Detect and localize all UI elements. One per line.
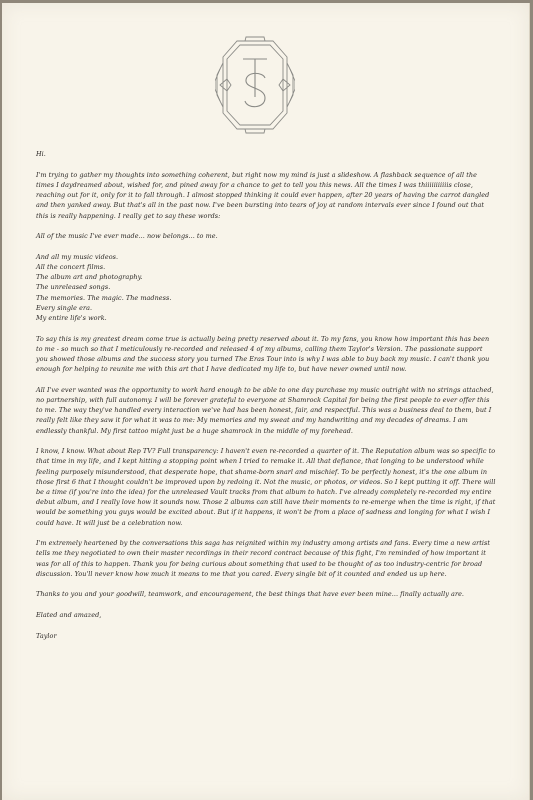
list-line: And all my music videos. [36, 252, 496, 262]
list-line: The memories. The magic. The madness. [36, 293, 496, 303]
letter-closing: Elated and amazed, [36, 610, 496, 620]
list-line: The unreleased songs. [36, 282, 496, 292]
letter-body: Hi. I'm trying to gather my thoughts int… [36, 149, 496, 651]
letter-paragraph: To say this is my greatest dream come tr… [36, 334, 496, 375]
list-line: All the concert films. [36, 262, 496, 272]
letter-paper: Hi. I'm trying to gather my thoughts int… [2, 3, 530, 800]
letter-signature: Taylor [36, 631, 496, 641]
letter-paragraph: I'm trying to gather my thoughts into so… [36, 170, 496, 221]
list-line: My entire life's work. [36, 313, 496, 323]
letter-paragraph: All of the music I've ever made... now b… [36, 231, 496, 241]
letter-greeting: Hi. [36, 149, 496, 159]
letter-paragraph: I'm extremely heartened by the conversat… [36, 538, 496, 579]
letter-paragraph: Thanks to you and your goodwill, teamwor… [36, 589, 496, 599]
ts-monogram-icon [215, 35, 295, 135]
list-line: The album art and photography. [36, 272, 496, 282]
letter-paragraph: All I've ever wanted was the opportunity… [36, 385, 496, 436]
list-line: Every single era. [36, 303, 496, 313]
letter-paragraph: I know, I know. What about Rep TV? Full … [36, 446, 496, 528]
